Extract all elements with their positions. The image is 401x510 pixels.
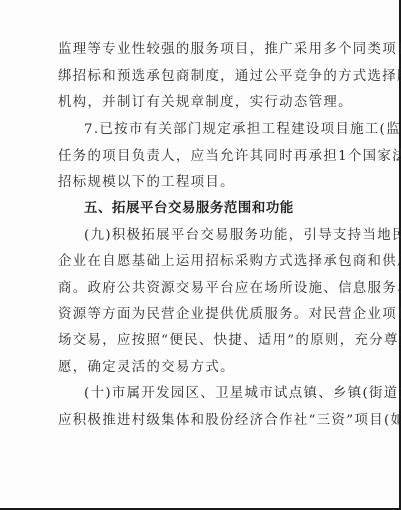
text-line: 机构，并制订有关规章制度，实行动态管理。 <box>58 93 363 113</box>
text-line: 企业在自愿基础上运用招标采购方式选择承包商和供应 <box>58 252 363 272</box>
text-line: 监理等专业性较强的服务项目，推广采用多个同类项目捆 <box>58 40 363 60</box>
text-line: 资源等方面为民营企业提供优质服务。对民营企业项目进 <box>58 305 363 325</box>
text-line: 应积极推进村级集体和股份经济合作社“三资”项目(如房 <box>58 411 363 431</box>
text-line: 愿，确定灵活的交易方式。 <box>58 358 363 378</box>
numbered-item-10: (十)市属开发园区、卫星城市试点镇、乡镇(街道)平台 <box>84 384 363 404</box>
numbered-item-9: (九)积极拓展平台交易服务功能，引导支持当地民营 <box>84 226 363 246</box>
text-line: 商。政府公共资源交易平台应在场所设施、信息服务、专家 <box>58 279 363 299</box>
document-page: 监理等专业性较强的服务项目，推广采用多个同类项目捆 绑招标和预选承包商制度，通过… <box>0 0 401 510</box>
text-line: 场交易，应按照“便民、快捷、适用”的原则，充分尊重企业意 <box>58 331 363 351</box>
text-line: 任务的项目负责人，应当允许其同时再承担1个国家法定 <box>58 147 363 167</box>
numbered-item-7: 7.已按市有关部门规定承担工程建设项目施工(监理) <box>84 120 363 140</box>
section-heading: 五、拓展平台交易服务范围和功能 <box>84 199 363 219</box>
text-line: 绑招标和预选承包商制度，通过公平竞争的方式选择服务 <box>58 67 363 87</box>
text-line: 招标规模以下的工程项目。 <box>58 173 363 193</box>
